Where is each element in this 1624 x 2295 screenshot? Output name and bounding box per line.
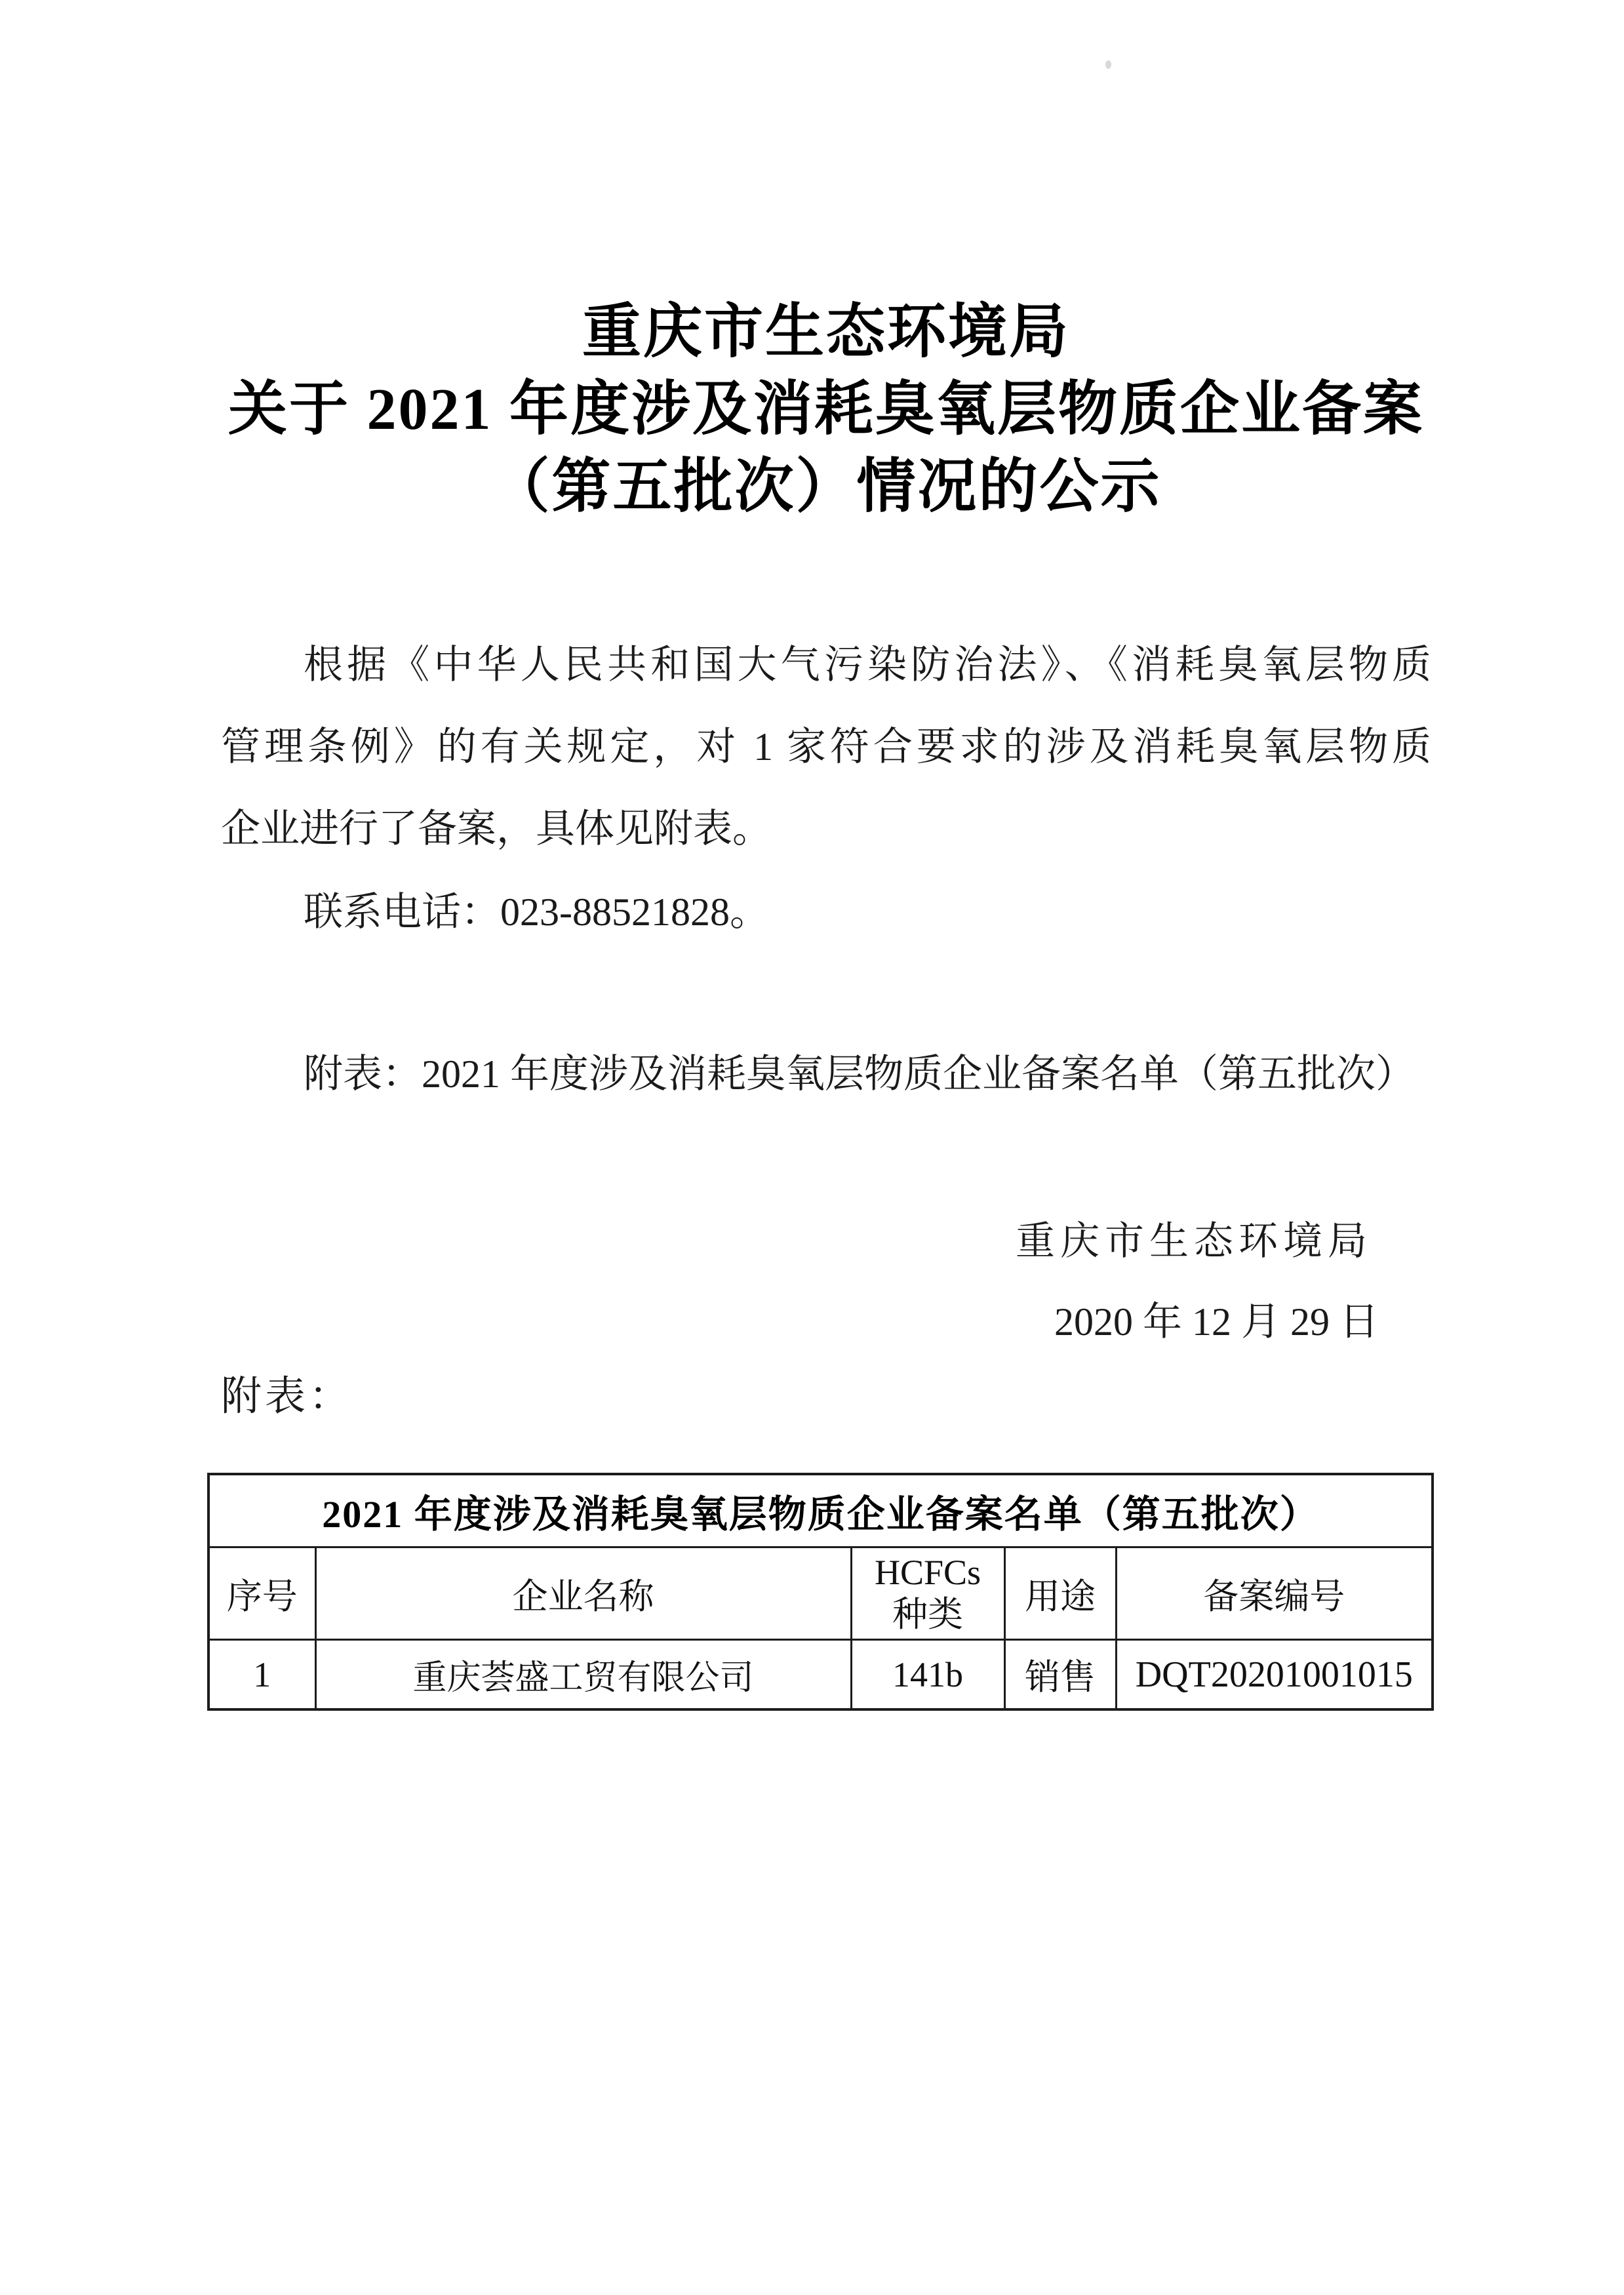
- attachment-label: 附表：: [221, 1369, 353, 1424]
- table-title-row: 2021 年度涉及消耗臭氧层物质企业备案名单（第五批次）: [208, 1474, 1433, 1547]
- title-line-1: 重庆市生态环境局: [221, 294, 1431, 371]
- col-header-hcfcs: HCFCs 种类: [851, 1547, 1004, 1640]
- cell-hcfcs: 141b: [851, 1640, 1004, 1710]
- table-row: 1 重庆荟盛工贸有限公司 141b 销售 DQT20201001015: [208, 1640, 1433, 1710]
- cell-company: 重庆荟盛工贸有限公司: [315, 1640, 851, 1710]
- col-header-record-no: 备案编号: [1116, 1547, 1433, 1640]
- paragraph-line-2: 管理条例》的有关规定，对 1 家符合要求的涉及消耗臭氧层物质: [221, 706, 1431, 788]
- contact-phone-line: 联系电话：023-88521828。: [221, 883, 1431, 942]
- attachment-reference-line: 附表：2021 年度涉及消耗臭氧层物质企业备案名单（第五批次）: [221, 1045, 1431, 1104]
- scanned-document-page: 重庆市生态环境局 关于 2021 年度涉及消耗臭氧层物质企业备案 （第五批次）情…: [0, 0, 1624, 2295]
- title-line-3: （第五批次）情况的公示: [221, 449, 1431, 526]
- col-header-hcfcs-line1: HCFCs: [852, 1551, 1004, 1593]
- col-header-company: 企业名称: [315, 1547, 851, 1640]
- paragraph-line-3: 企业进行了备案，具体见附表。: [221, 788, 1431, 870]
- document-title: 重庆市生态环境局 关于 2021 年度涉及消耗臭氧层物质企业备案 （第五批次）情…: [221, 294, 1431, 526]
- signature-date: 2020 年 12 月 29 日: [221, 1292, 1431, 1351]
- paragraph-line-1: 根据《中华人民共和国大气污染防治法》、《消耗臭氧层物质: [221, 624, 1431, 706]
- cell-index: 1: [208, 1640, 315, 1710]
- col-header-hcfcs-line2: 种类: [852, 1593, 1004, 1635]
- col-header-usage: 用途: [1004, 1547, 1116, 1640]
- cell-record-no: DQT20201001015: [1116, 1640, 1433, 1710]
- records-table: 2021 年度涉及消耗臭氧层物质企业备案名单（第五批次） 序号 企业名称 HCF…: [207, 1473, 1434, 1711]
- title-line-2: 关于 2021 年度涉及消耗臭氧层物质企业备案: [221, 371, 1431, 449]
- body-paragraph: 根据《中华人民共和国大气污染防治法》、《消耗臭氧层物质 管理条例》的有关规定，对…: [221, 624, 1431, 870]
- table-header-row: 序号 企业名称 HCFCs 种类 用途 备案编号: [208, 1547, 1433, 1640]
- scan-artifact: [1105, 60, 1111, 69]
- table-title: 2021 年度涉及消耗臭氧层物质企业备案名单（第五批次）: [208, 1474, 1433, 1547]
- col-header-index: 序号: [208, 1547, 315, 1640]
- signature-agency: 重庆市生态环境局: [221, 1212, 1431, 1271]
- cell-usage: 销售: [1004, 1640, 1116, 1710]
